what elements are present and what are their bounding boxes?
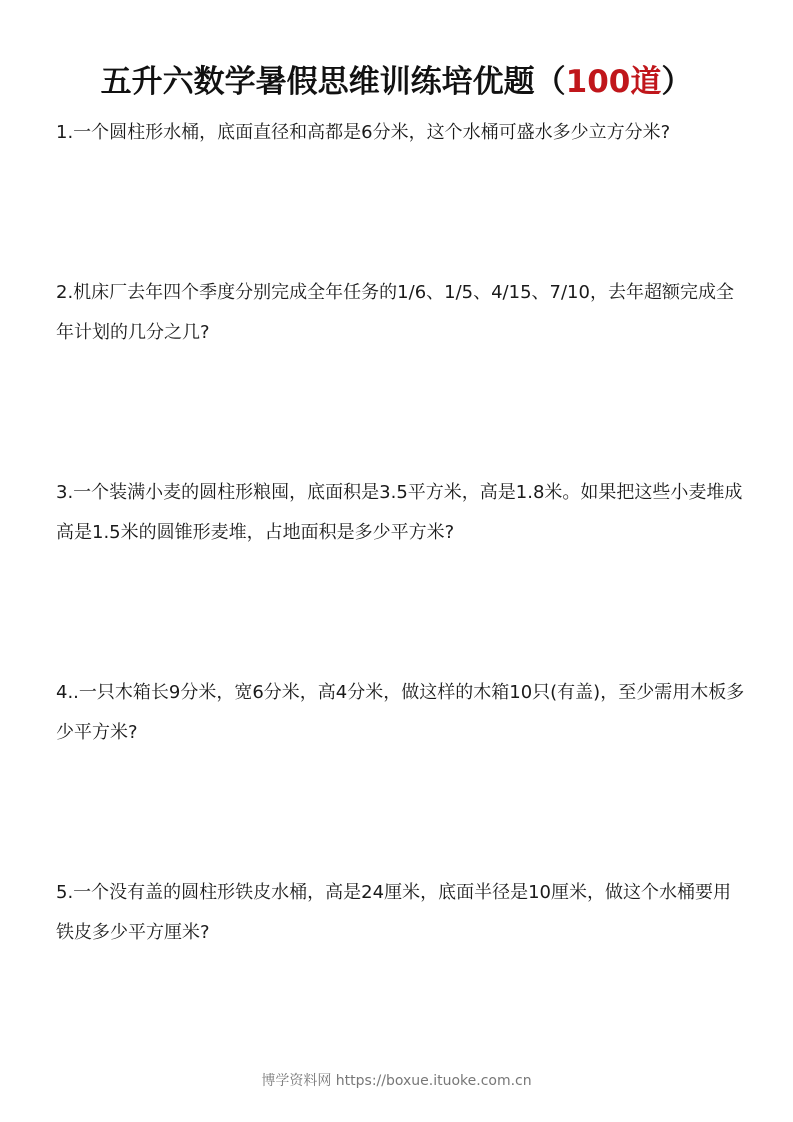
question-4: 4..一只木箱长9分米，宽6分米，高4分米，做这样的木箱10只(有盖)，至少需用… (56, 673, 746, 753)
question-2: 2.机床厂去年四个季度分别完成全年任务的1/6、1/5、4/15、7/10，去年… (56, 273, 746, 353)
title-close-paren: ） (661, 64, 692, 100)
page-title: 五升六数学暑假思维训练培优题（100道） (0, 58, 793, 106)
footer-watermark: 博学资料网 https://boxue.ituoke.com.cn (0, 1070, 793, 1090)
question-5: 5.一个没有盖的圆柱形铁皮水桶，高是24厘米，底面半径是10厘米，做这个水桶要用… (56, 873, 746, 953)
question-1: 1.一个圆柱形水桶，底面直径和高都是6分米，这个水桶可盛水多少立方分米? (56, 113, 746, 153)
title-text: 五升六数学暑假思维训练培优题（ (101, 64, 566, 100)
question-3: 3.一个装满小麦的圆柱形粮囤，底面积是3.5平方米，高是1.8米。如果把这些小麦… (56, 473, 746, 553)
title-count: 100道 (566, 64, 662, 100)
